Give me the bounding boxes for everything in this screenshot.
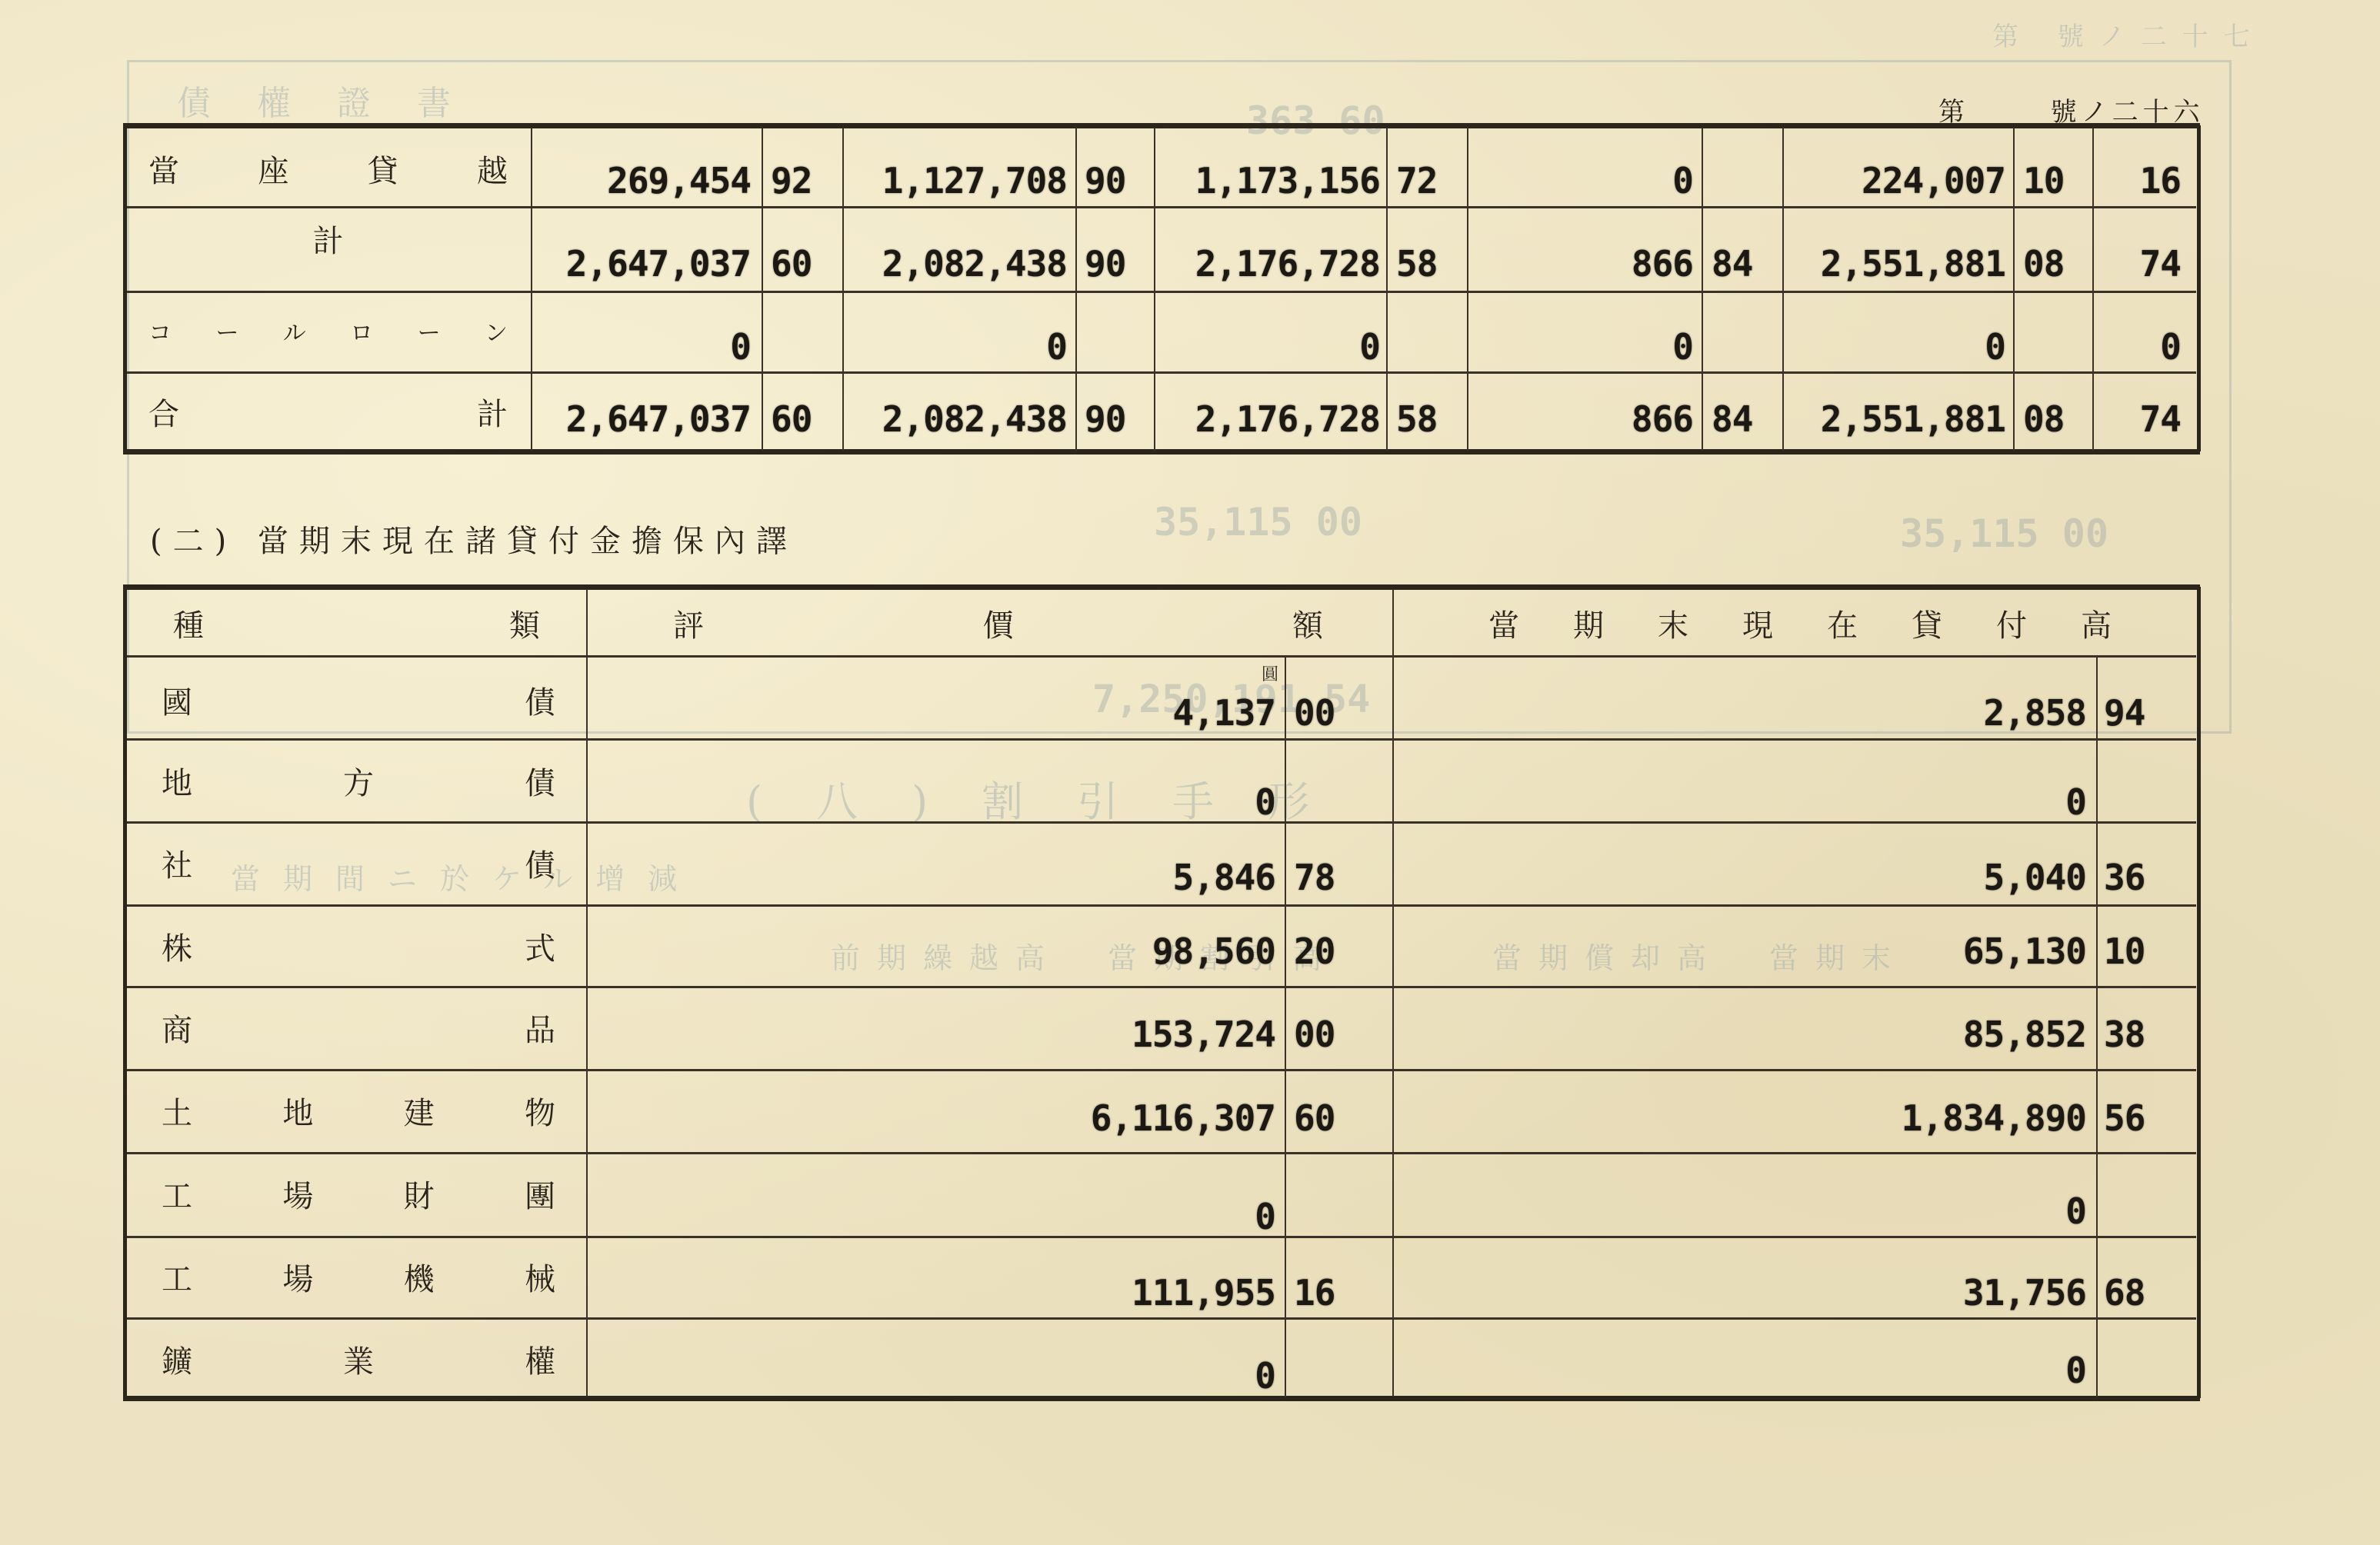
outstanding-yen: 5,040	[1692, 857, 2086, 898]
outstanding-yen: 0	[1692, 1190, 2086, 1232]
table2-col-divider	[586, 589, 588, 1397]
bleed-through-text: 第 號ノ二十七	[1992, 15, 2265, 53]
table2-row-divider	[127, 904, 2196, 907]
appraised-yen: 0	[885, 1355, 1275, 1397]
table1-yen-value: 0	[1473, 326, 1693, 368]
table1-row-label: コ ー ル ロ ー ン	[127, 304, 531, 358]
table1-yen-value: 224,007	[1788, 160, 2005, 201]
outstanding-yen: 31,756	[1692, 1272, 2086, 1314]
appraised-yen: 153,724	[885, 1014, 1275, 1055]
table1-sen-value: 10	[2023, 160, 2092, 201]
table1-sen-value: 58	[1396, 398, 1465, 440]
section-title: (二) 當期末現在諸貸付金擔保內譯	[150, 517, 798, 561]
table1-sen-value: 58	[1396, 243, 1465, 285]
table2-row-label: 鑛 業 權	[127, 1328, 586, 1390]
table2-row-label: 地 方 債	[127, 750, 586, 811]
bleed-through-number: 363 60	[1246, 98, 1385, 143]
table1-yen-value: 866	[1473, 243, 1693, 285]
outstanding-yen: 1,834,890	[1692, 1097, 2086, 1139]
table1-yen-value: 866	[1473, 398, 1693, 440]
outstanding-sen: 94	[2104, 692, 2188, 734]
table1-yen-value: 2,176,728	[1160, 243, 1380, 285]
table1-row-label: 當 座 貸 越	[127, 131, 531, 206]
appraised-yen: 4,137	[885, 692, 1275, 734]
table2-row-divider	[127, 1152, 2196, 1154]
table2-row-divider	[127, 986, 2196, 988]
table1-sen-value: 84	[1712, 243, 1781, 285]
outstanding-sen: 56	[2104, 1097, 2188, 1139]
table1-sen-value: 92	[771, 160, 840, 201]
table1-yen-value: 2,082,438	[850, 243, 1067, 285]
table1-yen-value: 2,647,037	[538, 398, 751, 440]
table2-row-label: 社 債	[127, 832, 586, 894]
table2-bottom-border	[123, 1396, 2200, 1401]
table1-col-divider	[762, 128, 763, 451]
bleed-through-text: 債權證書	[177, 75, 497, 125]
table1-col-divider	[1075, 128, 1077, 451]
appraised-sen: 78	[1294, 857, 1378, 898]
outstanding-yen: 0	[1692, 1350, 2086, 1391]
table1-yen-value: 0	[1473, 160, 1693, 201]
table2-right-border	[2197, 587, 2201, 1398]
table1-sen-value: 72	[1396, 160, 1465, 201]
appraised-yen: 5,846	[885, 857, 1275, 898]
table1-yen-value: 74	[2096, 243, 2181, 285]
table1-right-border	[2197, 125, 2201, 451]
table2-row-label: 國 債	[127, 669, 586, 731]
appraised-yen: 111,955	[885, 1272, 1275, 1314]
table1-col-divider	[1386, 128, 1388, 451]
table1-yen-value: 269,454	[538, 160, 751, 201]
appraised-yen: 98,560	[885, 931, 1275, 972]
table1-col-divider	[1154, 128, 1155, 451]
table2-col-divider	[1392, 589, 1394, 1397]
appraised-sen: 00	[1294, 692, 1378, 734]
outstanding-sen: 38	[2104, 1014, 2188, 1055]
table2-sen-divider	[1285, 658, 1286, 1397]
header-kind: 種 類	[127, 591, 586, 655]
table1-sen-value: 90	[1085, 398, 1154, 440]
table1-sen-value: 90	[1085, 243, 1154, 285]
table1-sen-value: 08	[2023, 398, 2092, 440]
outstanding-sen: 36	[2104, 857, 2188, 898]
outstanding-yen: 0	[1692, 781, 2086, 823]
outstanding-yen: 85,852	[1692, 1014, 2086, 1055]
table1-yen-value: 74	[2096, 398, 2181, 440]
table2-sen-divider	[2096, 658, 2098, 1397]
table1-yen-value: 1,173,156	[1160, 160, 1380, 201]
table1-col-divider	[531, 128, 532, 451]
table2-row-label: 工 場 財 團	[127, 1163, 586, 1224]
appraised-sen: 20	[1294, 931, 1378, 972]
appraised-sen: 00	[1294, 1014, 1378, 1055]
table1-yen-value: 2,551,881	[1788, 398, 2005, 440]
table1-row-divider	[127, 291, 2196, 293]
yen-unit-mark: 圓	[1262, 661, 1278, 685]
table1-yen-value: 0	[2096, 326, 2181, 368]
table1-col-divider	[842, 128, 844, 451]
table2-row-label: 株 式	[127, 915, 586, 977]
table1-sen-value: 08	[2023, 243, 2092, 285]
table1-row-divider	[127, 206, 2196, 208]
table1-yen-value: 2,082,438	[850, 398, 1067, 440]
table1-col-divider	[2092, 128, 2094, 451]
table1-yen-value: 1,127,708	[850, 160, 1067, 201]
table1-sen-value: 84	[1712, 398, 1781, 440]
table1-yen-value: 0	[1788, 326, 2005, 368]
table2-row-divider	[127, 1317, 2196, 1320]
table2-row-label: 工 場 機 械	[127, 1246, 586, 1307]
table1-top-border	[123, 123, 2200, 128]
outstanding-sen: 10	[2104, 931, 2188, 972]
table1-col-divider	[1467, 128, 1468, 451]
table2-row-label: 商 品	[127, 997, 586, 1058]
appraised-yen: 0	[885, 1196, 1275, 1237]
table1-bottom-border	[123, 449, 2200, 455]
table1-col-divider	[1782, 128, 1784, 451]
table1-col-divider	[2013, 128, 2015, 451]
table1-sen-value: 60	[771, 398, 840, 440]
appraised-yen: 6,116,307	[885, 1097, 1275, 1139]
table1-sen-value: 60	[771, 243, 840, 285]
appraised-sen: 16	[1294, 1272, 1378, 1314]
header-outstanding-loans: 當 期 末 現 在 貸 付 高	[1396, 591, 2196, 655]
outstanding-yen: 2,858	[1692, 692, 2086, 734]
table1-yen-value: 2,176,728	[1160, 398, 1380, 440]
table1-yen-value: 16	[2096, 160, 2181, 201]
table2-row-divider	[127, 738, 2196, 741]
table1-yen-value: 2,647,037	[538, 243, 751, 285]
appraised-sen: 60	[1294, 1097, 1378, 1139]
appraised-yen: 0	[885, 781, 1275, 823]
table2-row-label: 土 地 建 物	[127, 1080, 586, 1141]
bleed-through-number: 35,115 00	[1900, 511, 2108, 556]
table1-sen-value: 90	[1085, 160, 1154, 201]
table1-yen-value: 0	[850, 326, 1067, 368]
table1-yen-value: 0	[1160, 326, 1380, 368]
header-appraised-value: 評 價 額	[588, 591, 1392, 655]
outstanding-yen: 65,130	[1692, 931, 2086, 972]
bleed-through-number: 35,115 00	[1154, 500, 1362, 544]
table2-top-border	[123, 584, 2200, 590]
table1-row-label: 計	[127, 211, 531, 265]
table1-row-label: 合 計	[127, 385, 531, 438]
outstanding-sen: 68	[2104, 1272, 2188, 1314]
table2-row-divider	[127, 655, 2196, 658]
table1-yen-value: 2,551,881	[1788, 243, 2005, 285]
table1-row-divider	[127, 371, 2196, 374]
table1-yen-value: 0	[538, 326, 751, 368]
table1-col-divider	[1702, 128, 1703, 451]
table2-row-divider	[127, 1069, 2196, 1071]
